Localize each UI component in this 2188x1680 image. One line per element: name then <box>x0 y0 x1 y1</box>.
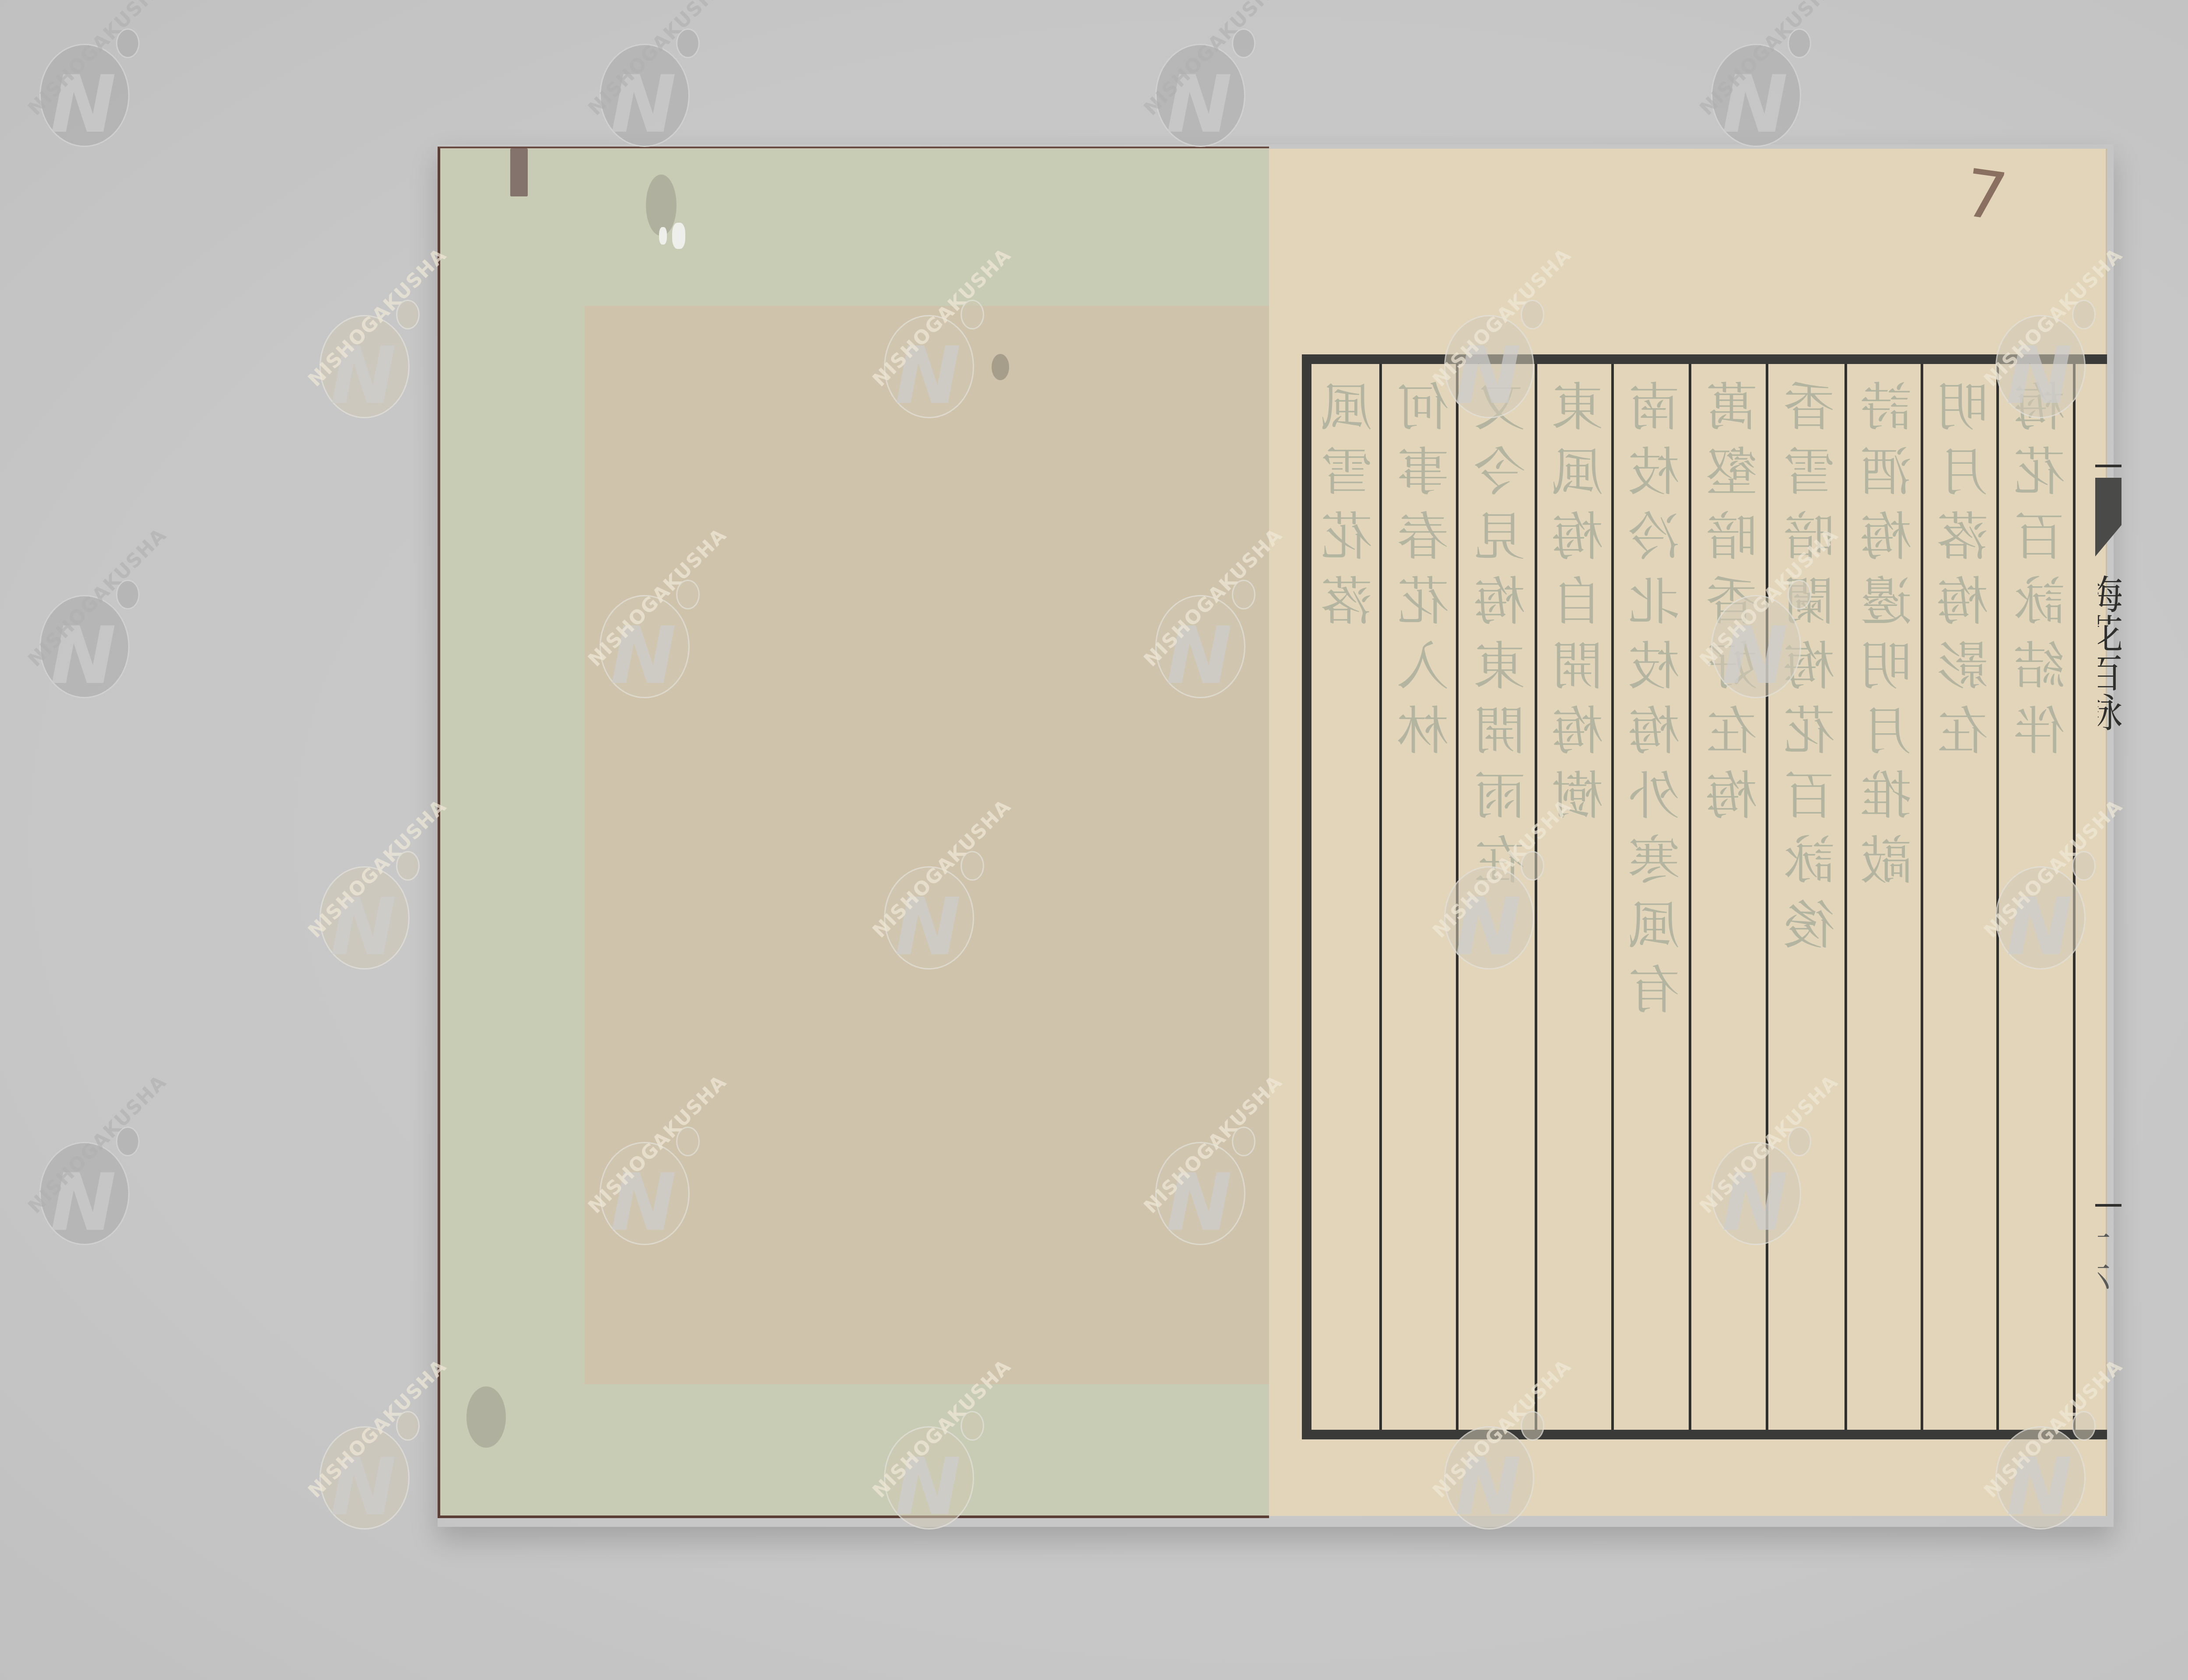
print-frame: 梅花百詠結伴 明月落梅影在 詩酒梅邊明月推敲 香雪暗闌梅花百詠後 萬壑暗香好在梅… <box>1302 354 2107 1439</box>
column-rule <box>1766 364 1768 1430</box>
smudge <box>466 1386 506 1448</box>
right-page-printed-leaf: 7 梅花百詠結伴 明月落梅影在 詩酒梅邊明月推敲 香雪暗闌梅花百詠後 萬壑暗香好… <box>1269 149 2107 1516</box>
inner-panel <box>585 306 1269 1384</box>
hashira-rule <box>2095 1204 2121 1207</box>
fishtail-rule <box>2095 465 2121 467</box>
column-rule <box>1996 364 1999 1430</box>
column-rule <box>1611 364 1614 1430</box>
running-title: 梅花百詠 <box>2098 574 2121 731</box>
hashira-center-column: 梅花百詠 十六 <box>2092 364 2118 1430</box>
white-spot <box>659 227 667 245</box>
column-rule <box>1456 364 1459 1430</box>
fishtail-mark-icon <box>2095 478 2121 556</box>
column-rule <box>1844 364 1847 1430</box>
column-rule <box>2073 364 2076 1430</box>
column-rule <box>1535 364 1537 1430</box>
column-rule <box>1921 364 1923 1430</box>
showthrough-text-column: 明月落梅影在 <box>1939 381 1987 757</box>
showthrough-text-column: 又令見梅東開雨在 <box>1476 381 1524 886</box>
left-page-endpaper <box>438 147 1269 1518</box>
pencil-annotation: 7 <box>1960 155 2012 236</box>
showthrough-text-column: 萬壑暗香好在梅 <box>1708 381 1756 822</box>
showthrough-text-column: 詩酒梅邊明月推敲 <box>1862 381 1910 886</box>
showthrough-text-column: 香雪暗闌梅花百詠後 <box>1785 381 1833 951</box>
page-number: 十六 <box>2098 1221 2115 1291</box>
showthrough-text-column: 東風梅自開梅樹 <box>1553 381 1602 822</box>
smudge <box>646 175 677 236</box>
showthrough-text-column: 南枝冷北枝梅外寒風有 <box>1630 381 1678 1016</box>
showthrough-text-column: 風雪花落 <box>1322 381 1371 627</box>
white-spot <box>672 223 685 249</box>
small-mark <box>992 354 1009 380</box>
ink-stain <box>510 148 528 196</box>
column-rule <box>1689 364 1691 1430</box>
column-rule <box>1379 364 1382 1430</box>
showthrough-text-column: 何事春花入林 <box>1399 381 1447 757</box>
showthrough-text-column: 梅花百詠結伴 <box>2015 381 2063 757</box>
